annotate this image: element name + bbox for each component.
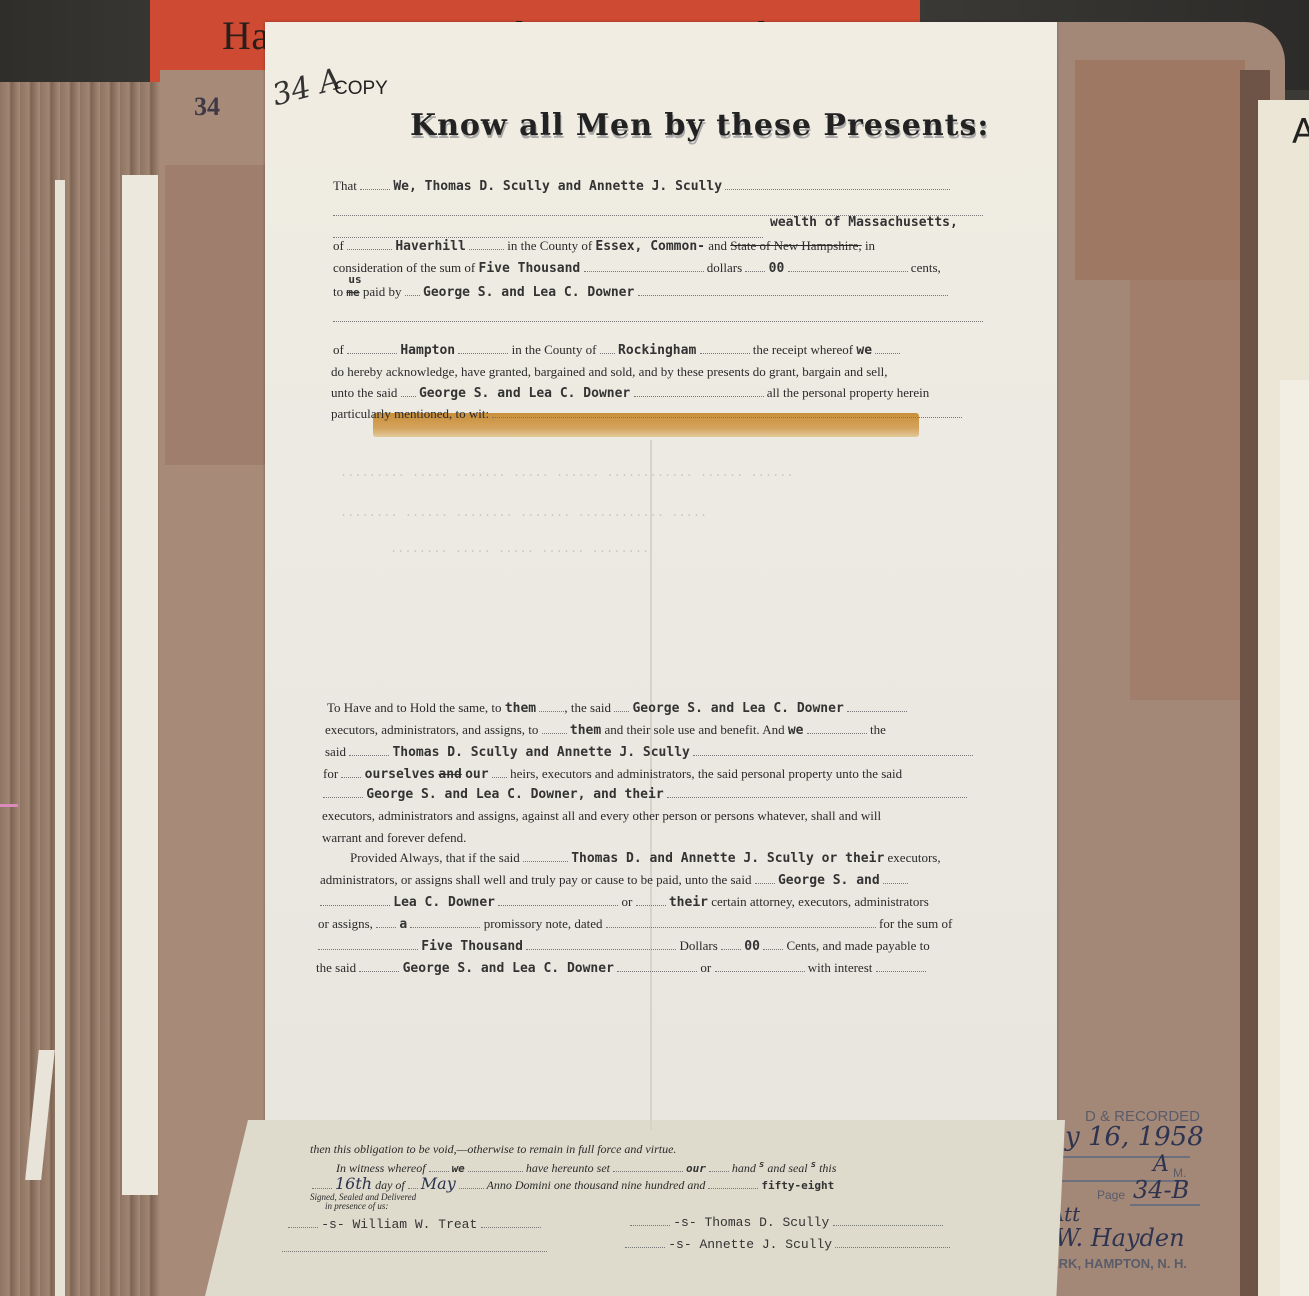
habendum-line-4: for ourselves and our heirs, executors a… [323,766,902,782]
warrant-text: executors, administrators and assigns, a… [322,808,881,824]
unto-value: George S. and Lea C. Downer [419,386,630,401]
grant-line-particular: particularly mentioned, to wit: [331,406,962,422]
proviso-line-4: or assigns, a promissory note, dated for… [318,916,952,932]
grant-line-sum: consideration of the sum of Five Thousan… [333,260,941,276]
grantor-county: Essex, Common- [595,239,705,254]
grantees-value: George S. and Lea C. Downer [423,285,634,300]
grant-line-unto: unto the said George S. and Lea C. Downe… [331,385,929,401]
handwritten-day: 16th [335,1174,372,1193]
stamp-rule [1130,1204,1200,1206]
paper-sliver [122,175,158,1195]
void-text: then this obligation to be void,—otherwi… [310,1142,676,1157]
proviso-line-3: Lea C. Downer or their certain attorney,… [320,894,929,910]
habendum-line-1: To Have and to Hold the same, to them , … [327,700,907,716]
witness-signature-line: -s- William W. Treat [288,1216,541,1232]
sum-words: Five Thousand [479,261,581,276]
proviso-line-2: administrators, or assigns shall well an… [320,872,908,888]
proviso-line-1: Provided Always, that if the said Thomas… [350,850,941,866]
pink-thread [0,804,18,807]
side-handwritten-letter: A [1292,112,1309,152]
state-typed: wealth of Massachusetts, [770,214,958,230]
receipt-value: we [856,343,872,358]
grantor-signature-1: -s- Thomas D. Scully [673,1215,829,1230]
habendum-line-3: said Thomas D. Scully and Annette J. Scu… [325,744,973,760]
copy-mark: COPY [334,78,388,100]
witness-signature: -s- William W. Treat [321,1217,477,1232]
habendum-line-2: executors, administrators, and assigns, … [325,722,886,738]
folder-stain [165,165,265,465]
folder-stain [1075,60,1245,280]
grant-line-grantors: That We, Thomas D. Scully and Annette J.… [333,178,950,194]
document-heading: Know all Men by these Presents: [410,108,989,143]
grantor-signature-2: -s- Annette J. Scully [668,1237,832,1252]
proviso-line-5: Five Thousand Dollars 00 Cents, and made… [318,938,930,954]
signature-line-1: -s- Thomas D. Scully [630,1214,943,1230]
grantors-value: We, Thomas D. Scully and Annette J. Scul… [393,179,722,194]
grant-line-town: of Haverhill in the County of Essex, Com… [333,238,875,254]
clerk-signature: W. Hayden [1055,1224,1185,1252]
to-struck: me [346,286,359,299]
grantee-county: Rockingham [618,343,696,358]
grant-line-grantee-town: of Hampton in the County of Rockingham t… [333,342,900,358]
stamp-rule [1055,1156,1190,1158]
acknowledge-text: do hereby acknowledge, have granted, bar… [331,364,888,380]
grantor-town: Haverhill [395,239,465,254]
to-value: us [348,273,361,286]
paper-sliver [55,180,65,1296]
habendum-said-value: George S. and Lea C. Downer [632,701,843,716]
cents-value: 00 [769,261,785,276]
execution-line-2: 16th day of May Anno Domini one thousand… [312,1174,834,1193]
habendum-to-value: them [505,701,536,716]
grant-line-paid-by: to us me paid by George S. and Lea C. Do… [333,284,948,300]
habendum-line-5: George S. and Lea C. Downer, and their [323,786,967,802]
stamp-date: y 16, 1958 [1065,1122,1204,1152]
side-paper [1280,380,1309,1296]
handwritten-month: May [421,1174,456,1193]
signature-line-2: -s- Annette J. Scully [625,1236,950,1252]
stamp-page-value: 34-B [1133,1176,1189,1204]
folder-tab-number: 34 [194,92,220,122]
stamp-page-label: Page [1097,1188,1125,1202]
stamp-time: A [1153,1152,1169,1177]
recorded-stamp: D & RECORDED y 16, 1958 A M. Page 34-B A… [1045,1100,1255,1290]
signed-label-2: in presence of us: [325,1201,388,1211]
stamp-footer: ERK, HAMPTON, N. H. [1050,1256,1187,1271]
grantee-town: Hampton [400,343,455,358]
fold-crease [650,440,652,1130]
defend-text: warrant and forever defend. [322,830,466,846]
year-value: fifty-eight [761,1179,834,1192]
struck-state: State of New Hampshire, [730,238,861,253]
proviso-line-6: the said George S. and Lea C. Downer or … [316,960,926,976]
